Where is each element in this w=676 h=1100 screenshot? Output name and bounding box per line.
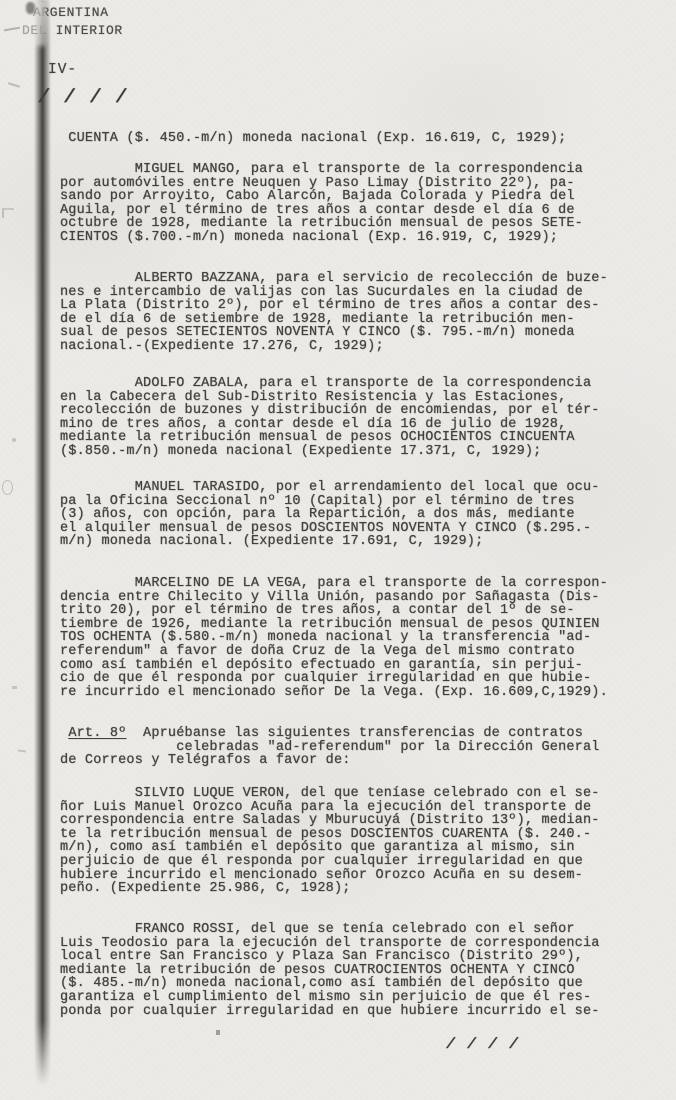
paragraph-franco-rossi: FRANCO ROSSI, del que se tenía celebrado… — [60, 923, 660, 1018]
paragraph-miguel-mango: MIGUEL MANGO, para el transporte de la c… — [60, 163, 660, 245]
paragraph-marcelino-de-la-vega: MARCELINO DE LA VEGA, para el transporte… — [60, 577, 660, 699]
paragraph-article-8: Art. 8º Apruébanse las siguientes transf… — [60, 727, 660, 768]
scanned-document-page: ARGENTINA DEL INTERIOR IV- / / / / CUENT… — [0, 0, 676, 1100]
continuation-slashes-top: / / / / — [37, 86, 130, 108]
paragraph-cuenta-continuation: CUENTA ($. 450.-m/n) moneda nacional (Ex… — [60, 132, 660, 146]
paragraph-silvio-luque-veron: SILVIO LUQUE VERON, del que teníase cele… — [60, 787, 660, 896]
stray-mark — [18, 749, 26, 752]
stray-mark — [12, 438, 16, 442]
paragraph-adolfo-zabala: ADOLFO ZABALA, para el transporte de la … — [60, 377, 660, 459]
stray-mark — [26, 2, 35, 14]
stray-mark — [2, 208, 14, 218]
stray-mark — [12, 686, 17, 689]
stray-mark — [216, 1030, 220, 1035]
article-8-text: Apruébanse las siguientes transferencias… — [60, 726, 600, 768]
paragraph-manuel-tarasido: MANUEL TARASIDO, por el arrendamiento de… — [60, 481, 660, 549]
page-number: IV- — [48, 62, 77, 78]
stray-mark — [2, 480, 13, 495]
continuation-slashes-bottom: / / / / — [445, 1036, 522, 1053]
stray-mark — [8, 82, 20, 88]
paragraph-alberto-bazzana: ALBERTO BAZZANA, para el servicio de rec… — [60, 272, 660, 354]
binding-edge-shadow — [34, 0, 51, 1086]
